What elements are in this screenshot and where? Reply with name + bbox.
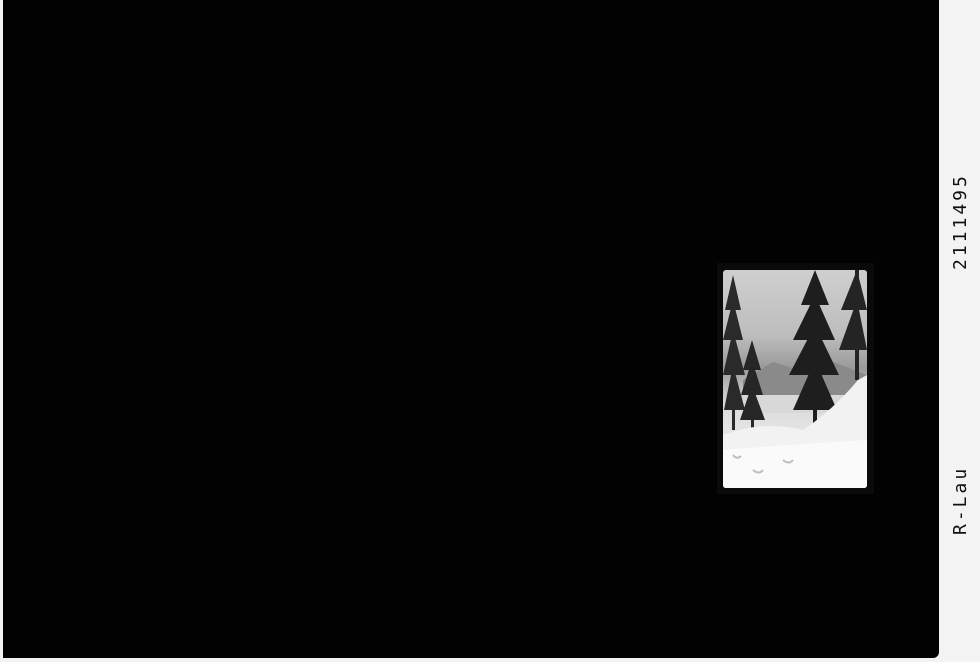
label-strip — [939, 0, 980, 662]
location-code-label: R-Lau — [950, 466, 971, 535]
photo-print — [717, 263, 874, 494]
snowy-forest-photo — [723, 270, 867, 488]
archive-id-label: 2111495 — [950, 173, 971, 270]
forest-scene-icon — [723, 270, 867, 488]
